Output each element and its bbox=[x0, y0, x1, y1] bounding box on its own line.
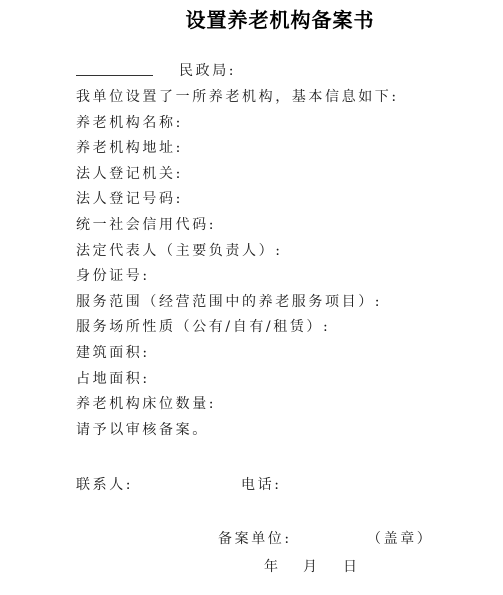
date-month-label: 月 bbox=[303, 558, 320, 576]
field-registration-number: 法人登记号码: bbox=[76, 190, 183, 208]
field-premises-nature: 服务场所性质（公有/自有/租赁）: bbox=[76, 318, 330, 336]
contact-person-label: 联系人: bbox=[76, 476, 133, 494]
request-text: 请予以审核备案。 bbox=[76, 421, 209, 439]
field-credit-code: 统一社会信用代码: bbox=[76, 216, 216, 234]
phone-label: 电话: bbox=[241, 476, 282, 494]
field-land-area: 占地面积: bbox=[76, 370, 150, 388]
date-year-label: 年 bbox=[264, 558, 281, 576]
field-id-number: 身份证号: bbox=[76, 267, 150, 285]
field-institution-name: 养老机构名称: bbox=[76, 114, 183, 132]
addressee-blank-line bbox=[76, 75, 153, 76]
field-registration-authority: 法人登记机关: bbox=[76, 165, 183, 183]
date-day-label: 日 bbox=[343, 558, 360, 576]
seal-label: （盖章） bbox=[367, 530, 433, 548]
field-service-scope: 服务范围（经营范围中的养老服务项目）: bbox=[76, 293, 382, 311]
field-building-area: 建筑面积: bbox=[76, 344, 150, 362]
filing-unit-label: 备案单位: bbox=[218, 530, 292, 548]
field-legal-representative: 法定代表人（主要负责人）: bbox=[76, 242, 283, 260]
addressee-label: 民政局: bbox=[179, 62, 236, 80]
document-title: 设置养老机构备案书 bbox=[0, 4, 503, 33]
field-institution-address: 养老机构地址: bbox=[76, 139, 183, 157]
intro-text: 我单位设置了一所养老机构，基本信息如下: bbox=[76, 88, 399, 106]
field-bed-count: 养老机构床位数量: bbox=[76, 395, 216, 413]
